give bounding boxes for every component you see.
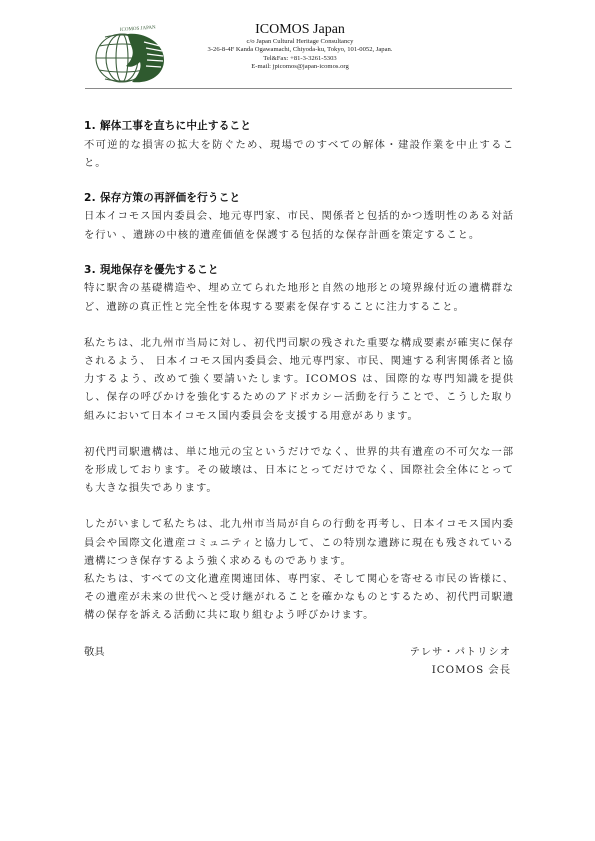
paragraph-request: 私たちは、北九州市当局に対し、初代門司駅の残された重要な構成要素が確実に保存され… [84, 334, 514, 425]
section-heading: 1.解体工事を直ちに中止すること [84, 118, 514, 136]
section-title: 現地保存を優先すること [100, 264, 219, 276]
svg-text:ICOMOS JAPAN: ICOMOS JAPAN [120, 25, 156, 33]
section-body: 不可逆的な損害の拡大を防ぐため、現場でのすべての解体・建設作業を中止すること。 [84, 136, 514, 172]
section-title: 保存方策の再評価を行うこと [100, 192, 240, 204]
paragraph-text: したがいまして私たちは、北九州市当局が自らの行動を再考し、日本イコモス国内委員会… [84, 515, 514, 570]
header-divider [85, 88, 512, 89]
letterhead: ICOMOS JAPAN ICOMOS Japan c/o Japan Cult… [0, 0, 595, 90]
section-number: 2. [84, 190, 100, 208]
section-number: 1. [84, 118, 100, 136]
section-body: 特に駅舎の基礎構造や、埋め立てられた地形と自然の地形との境界線付近の遺構群など、… [84, 279, 514, 315]
org-care-of: c/o Japan Cultural Heritage Consultancy [180, 38, 420, 46]
org-phone-fax: Tel&Fax: +81-3-3261-5303 [180, 55, 420, 63]
section-2: 2.保存方策の再評価を行うこと 日本イコモス国内委員会、地元専門家、市民、関係者… [84, 190, 514, 244]
signatory-name: テレサ・パトリシオ [410, 643, 511, 661]
section-body: 日本イコモス国内委員会、地元専門家、市民、関係者と包括的かつ透明性のある対話を行… [84, 207, 514, 243]
org-email: E-mail: jpicomos@japan-icomos.org [180, 63, 420, 71]
paragraph-text: 私たちは、すべての文化遺産関連団体、専門家、そして関心を寄せる市民の皆様に、その… [84, 570, 514, 625]
signature-block: テレサ・パトリシオ ICOMOS 会長 [410, 643, 511, 679]
paragraph-text: 初代門司駅遺構は、単に地元の宝というだけでなく、世界的共有遺産の不可欠な一部を形… [84, 443, 514, 498]
paragraph-appeal: したがいまして私たちは、北九州市当局が自らの行動を再考し、日本イコモス国内委員会… [84, 515, 514, 570]
section-1: 1.解体工事を直ちに中止すること 不可逆的な損害の拡大を防ぐため、現場でのすべて… [84, 118, 514, 172]
organization-name: ICOMOS Japan [180, 22, 420, 38]
signatory-title: ICOMOS 会長 [410, 661, 511, 679]
paragraph-text: 私たちは、北九州市当局に対し、初代門司駅の残された重要な構成要素が確実に保存され… [84, 334, 514, 425]
section-heading: 2.保存方策の再評価を行うこと [84, 190, 514, 208]
organization-info: ICOMOS Japan c/o Japan Cultural Heritage… [180, 22, 420, 72]
icomos-logo-icon: ICOMOS JAPAN [88, 22, 168, 86]
letter-body: 1.解体工事を直ちに中止すること 不可逆的な損害の拡大を防ぐため、現場でのすべて… [84, 118, 514, 661]
paragraph-call-to-action: 私たちは、すべての文化遺産関連団体、専門家、そして関心を寄せる市民の皆様に、その… [84, 570, 514, 625]
section-heading: 3.現地保存を優先すること [84, 262, 514, 280]
section-3: 3.現地保存を優先すること 特に駅舎の基礎構造や、埋め立てられた地形と自然の地形… [84, 262, 514, 316]
section-number: 3. [84, 262, 100, 280]
section-title: 解体工事を直ちに中止すること [100, 120, 251, 132]
org-address: 3-26-8-4F Kanda Ogawamachi, Chiyoda-ku, … [180, 46, 420, 54]
paragraph-significance: 初代門司駅遺構は、単に地元の宝というだけでなく、世界的共有遺産の不可欠な一部を形… [84, 443, 514, 498]
